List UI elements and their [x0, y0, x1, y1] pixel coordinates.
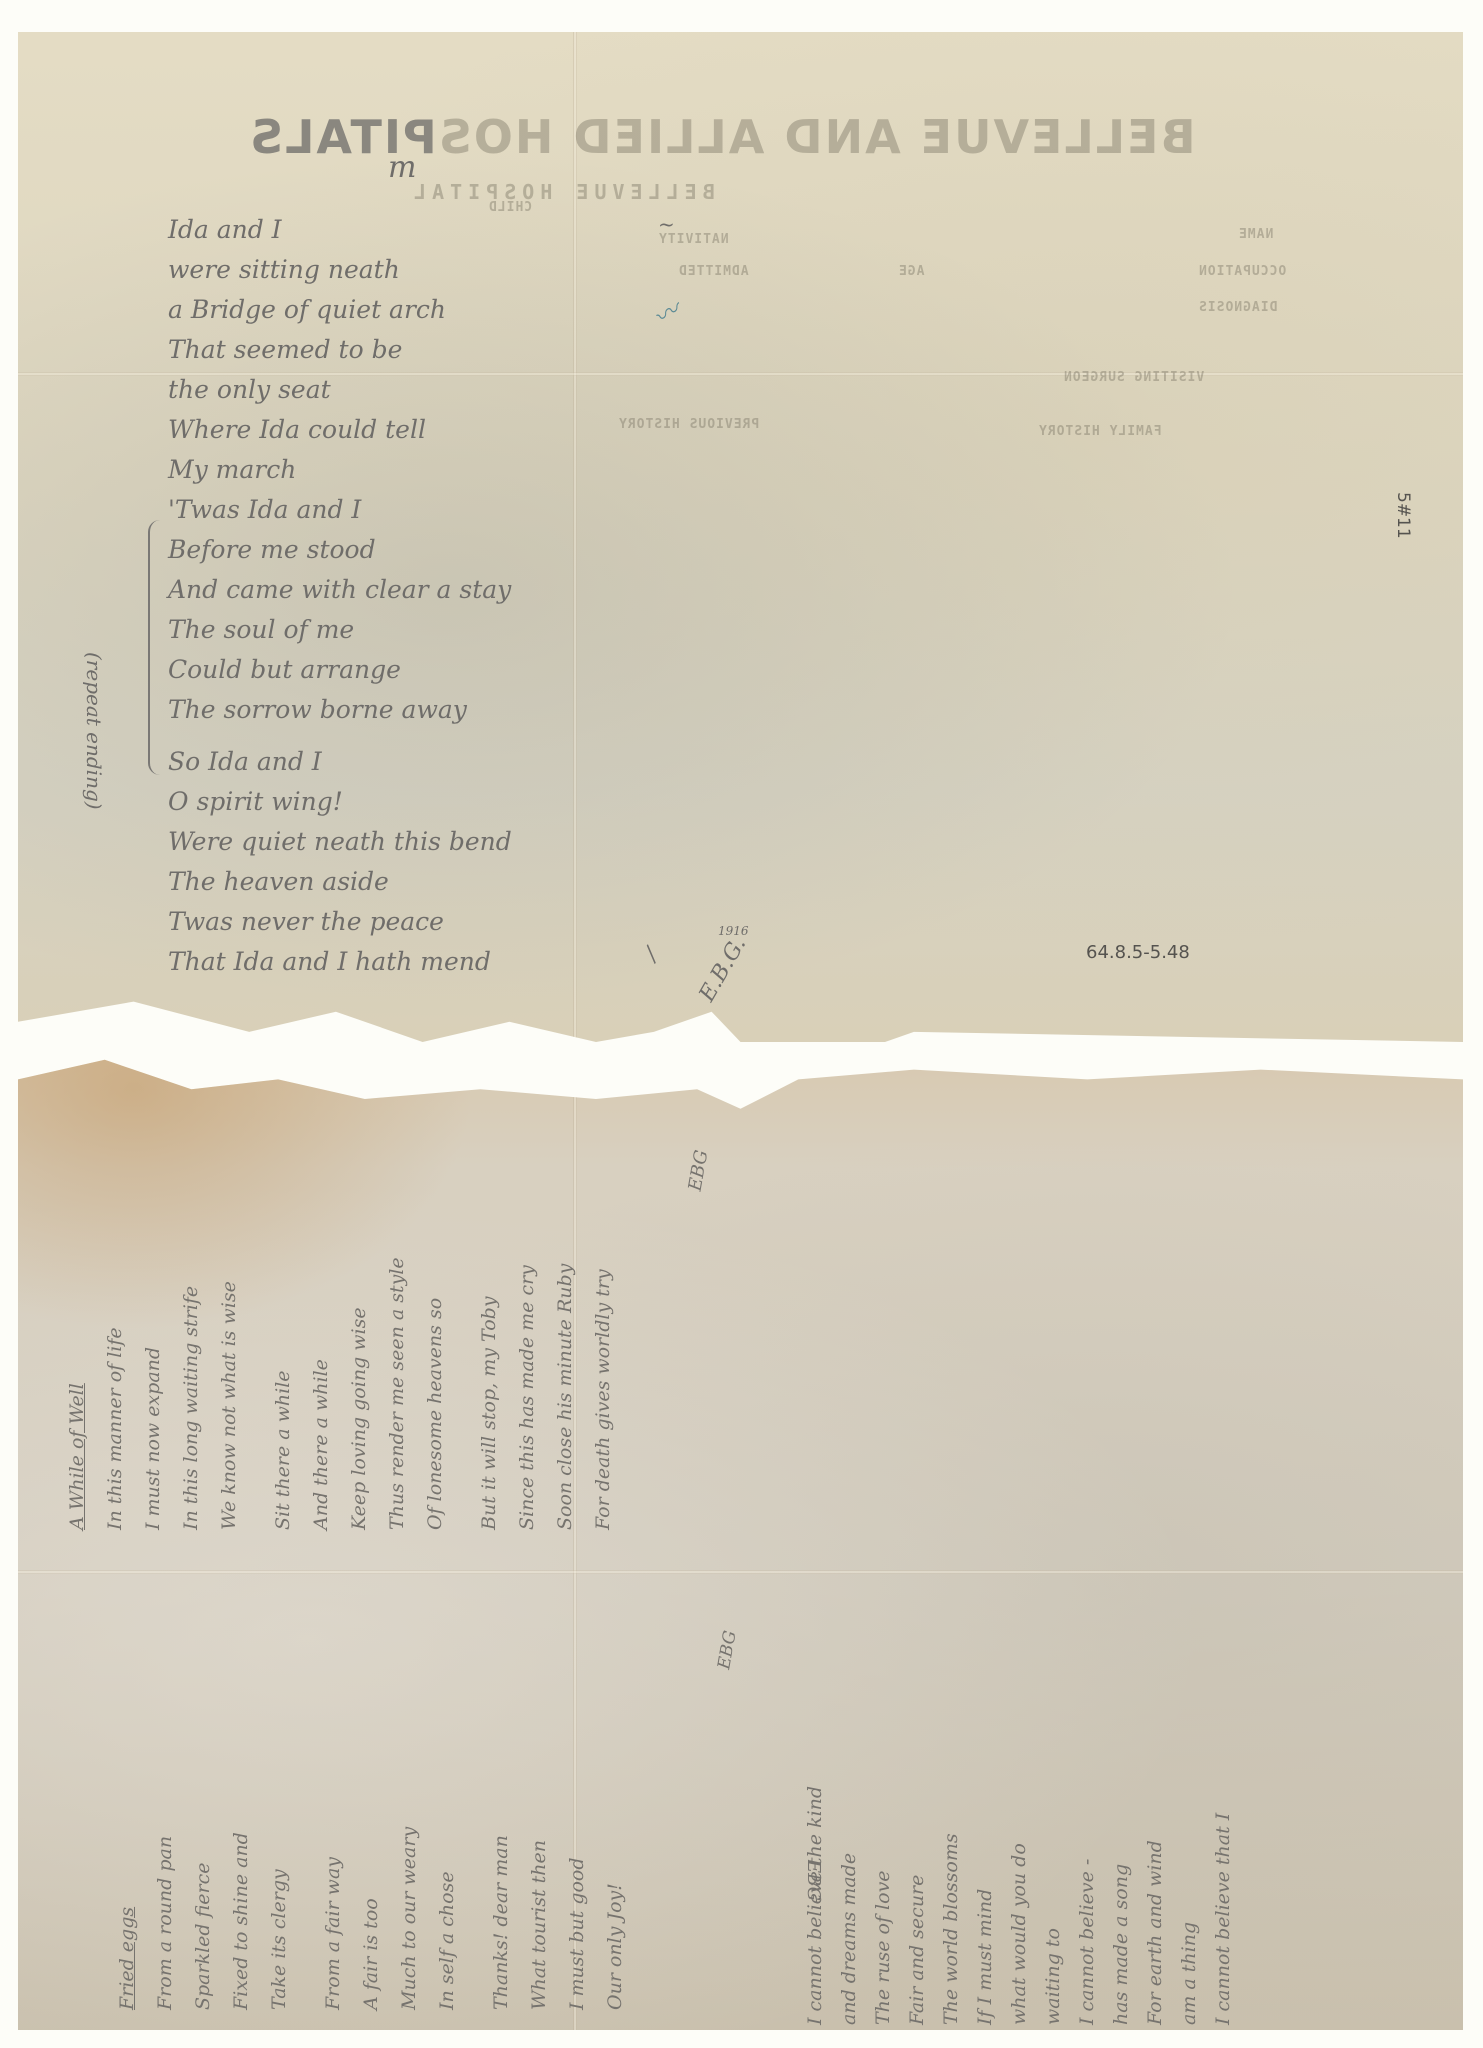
signature: EBG — [714, 1629, 740, 1671]
signature-year: 1916 — [718, 924, 749, 938]
signature: E.B.G. — [695, 933, 752, 1006]
poem-line: Take its clergy — [260, 1827, 298, 2010]
letterhead-field: VISITING SURGEON — [1063, 370, 1204, 385]
poem-line: From a round pan — [146, 1827, 184, 2010]
poem-line: If I must mind — [968, 1786, 1002, 2025]
poem-line: And came with clear a stay — [168, 570, 512, 610]
poem-line: Soon close his minute Ruby — [546, 1257, 584, 1530]
poem-line: I cannot believe that I — [1206, 1786, 1240, 2025]
poem-line: Twas never the peace — [168, 902, 512, 942]
poem-line: and dreams made — [832, 1786, 866, 2025]
poem-line: The soul of me — [168, 610, 512, 650]
letterhead-subtitle: BELLEVUE HOSPITAL — [408, 180, 715, 204]
poem-line: were sitting neath — [168, 250, 512, 290]
poem-line: A fair is too — [352, 1827, 390, 2010]
letterhead-field: NAME — [1238, 227, 1273, 242]
poem-a-while-of-well: A While of Well In this manner of life I… — [58, 1257, 622, 1530]
poem-line: I must but good — [558, 1827, 596, 2010]
poem-line: From a fair way — [314, 1827, 352, 2010]
poem-line: For earth and wind — [1138, 1786, 1172, 2025]
poem-line: Could but arrange — [168, 650, 512, 690]
poem-line: In this manner of life — [96, 1257, 134, 1530]
poem-line: waiting to — [1036, 1786, 1070, 2025]
poem-line: I cannot believe the kind — [798, 1786, 832, 2025]
poem-line: has made a song — [1104, 1786, 1138, 2025]
poem-line: am a thing — [1172, 1786, 1206, 2025]
poem-line: And there a while — [302, 1257, 340, 1530]
poem-line: Sit there a while — [264, 1257, 302, 1530]
signature: EBG — [803, 1860, 824, 1901]
poem-line: That seemed to be — [168, 330, 512, 370]
poem-line: So Ida and I — [168, 742, 512, 782]
poem-line: That Ida and I hath mend — [168, 942, 512, 982]
poem-line: Much to our weary — [390, 1827, 428, 2010]
poem-line: what would you do — [1002, 1786, 1036, 2025]
letterhead-title-faint: BELLEVUE AND ALLIED HOS — [437, 110, 1196, 164]
poem-line: Thanks! dear man — [482, 1827, 520, 2010]
poem-line: a Bridge of quiet arch — [168, 290, 512, 330]
poem-line: Keep loving going wise — [340, 1257, 378, 1530]
poem-line: Thus render me seen a style — [378, 1257, 416, 1530]
poem-line: In this long waiting strife — [172, 1257, 210, 1530]
poem-line: But it will stop, my Toby — [470, 1257, 508, 1530]
stanza-gap — [454, 1257, 470, 1530]
poem-line: Were quiet neath this bend — [168, 822, 512, 862]
poem-fried-eggs: Fried eggs From a round pan Sparkled fie… — [108, 1827, 634, 2010]
poem-line: Fair and secure — [900, 1786, 934, 2025]
initials-scribble: m — [388, 150, 416, 185]
blue-pencil-scribble-icon: 〰 — [645, 290, 686, 335]
poem-line: I must now expand — [134, 1257, 172, 1530]
letterhead-field: OCCUPATION — [1198, 264, 1286, 279]
poem-line: The sorrow borne away — [168, 690, 512, 730]
poem-title: Fried eggs — [108, 1827, 146, 2010]
poem-line: Before me stood — [168, 530, 512, 570]
poem-line: Since this has made me cry — [508, 1257, 546, 1530]
letterhead-field: AGE — [898, 264, 924, 279]
stanza-gap — [248, 1257, 264, 1530]
pencil-tick-mark-icon: ~ — [658, 212, 675, 236]
letterhead-field: PREVIOUS HISTORY — [618, 417, 759, 432]
poem-line: I cannot believe - — [1070, 1786, 1104, 2025]
poem-line: Where Ida could tell — [168, 410, 512, 450]
margin-note-repeat-ending: (repeat ending) — [82, 652, 106, 810]
poem-line: Of lonesome heavens so — [416, 1257, 454, 1530]
letterhead-field: DIAGNOSIS — [1198, 300, 1277, 315]
poem-line: In self a chose — [428, 1827, 466, 2010]
poem-line: My march — [168, 450, 512, 490]
slash-mark-icon: / — [640, 944, 664, 966]
catalog-number: 64.8.5-5.48 — [1086, 942, 1190, 963]
poem-line: Fixed to shine and — [222, 1827, 260, 2010]
poem-line: We know not what is wise — [210, 1257, 248, 1530]
poem-line: The world blossoms — [934, 1786, 968, 2025]
horizontal-fold-crease — [18, 1570, 1463, 1574]
stanza-gap — [466, 1827, 482, 2010]
poem-line: The ruse of love — [866, 1786, 900, 2025]
letterhead-field: ADMITTED — [678, 264, 749, 279]
stanza-gap — [298, 1827, 314, 2010]
poem-line: 'Twas Ida and I — [168, 490, 512, 530]
poem-line: Ida and I — [168, 210, 512, 250]
poem-line: O spirit wing! — [168, 782, 512, 822]
poem-line: The heaven aside — [168, 862, 512, 902]
top-sheet: BELLEVUE AND ALLIED HOSPITALS BELLEVUE H… — [18, 32, 1463, 1042]
poem-line: For death gives worldly try — [584, 1257, 622, 1530]
corner-number: 5#11 — [1393, 492, 1413, 539]
poem-ida-and-i: Ida and I were sitting neath a Bridge of… — [168, 210, 512, 982]
stanza-gap — [168, 730, 512, 742]
signature: EBG — [685, 1148, 713, 1192]
repeat-bracket — [148, 520, 170, 775]
poem-title: A While of Well — [58, 1257, 96, 1530]
poem-line: Our only Joy! — [596, 1827, 634, 2010]
poem-line: What tourist then — [520, 1827, 558, 2010]
letterhead-field: FAMILY HISTORY — [1038, 424, 1162, 439]
poem-line: the only seat — [168, 370, 512, 410]
poem-line: Sparkled fierce — [184, 1827, 222, 2010]
poem-i-cannot-believe: I cannot believe the kind and dreams mad… — [798, 1786, 1240, 2025]
bottom-sheet: A While of Well In this manner of life I… — [18, 1050, 1463, 2030]
